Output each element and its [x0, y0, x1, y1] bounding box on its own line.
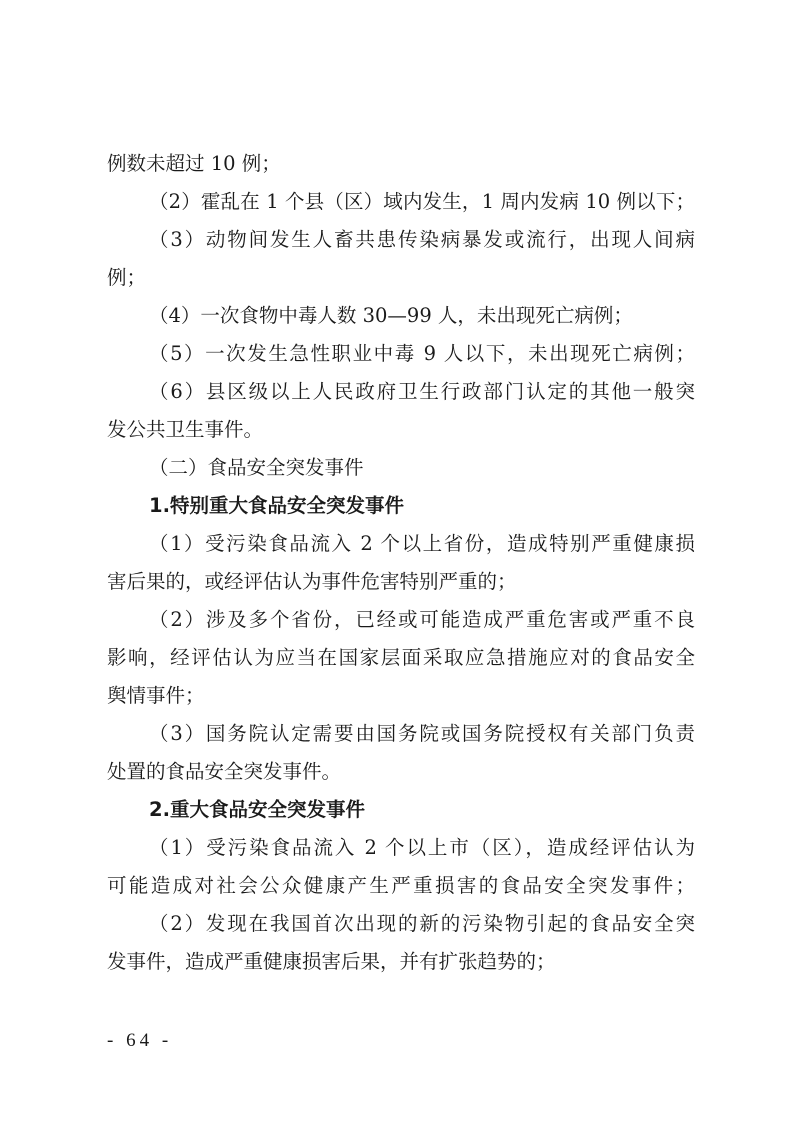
- text-line: 处置的食品安全突发事件。: [107, 753, 695, 791]
- text-line: （2）涉及多个省份，已经或可能造成严重危害或严重不良: [107, 601, 695, 639]
- text-line: （3）动物间发生人畜共患传染病暴发或流行，出现人间病: [107, 221, 695, 259]
- section-heading: （二）食品安全突发事件: [107, 449, 695, 487]
- text-line: （5）一次发生急性职业中毒 9 人以下，未出现死亡病例；: [107, 335, 695, 373]
- document-body: 例数未超过 10 例； （2）霍乱在 1 个县（区）域内发生，1 周内发病 10…: [107, 145, 695, 981]
- subsection-heading: 2.重大食品安全突发事件: [107, 791, 695, 829]
- text-line: 舆情事件；: [107, 677, 695, 715]
- text-line: 发公共卫生事件。: [107, 411, 695, 449]
- text-line: （2）霍乱在 1 个县（区）域内发生，1 周内发病 10 例以下；: [107, 183, 695, 221]
- text-line: （2）发现在我国首次出现的新的污染物引起的食品安全突: [107, 905, 695, 943]
- text-line: 发事件，造成严重健康损害后果，并有扩张趋势的；: [107, 943, 695, 981]
- text-line: 影响，经评估认为应当在国家层面采取应急措施应对的食品安全: [107, 639, 695, 677]
- subsection-heading: 1.特别重大食品安全突发事件: [107, 487, 695, 525]
- text-line: （4）一次食物中毒人数 30—99 人，未出现死亡病例；: [107, 297, 695, 335]
- text-line: 害后果的，或经评估认为事件危害特别严重的；: [107, 563, 695, 601]
- page-number: - 64 -: [107, 1030, 172, 1052]
- text-line: （6）县区级以上人民政府卫生行政部门认定的其他一般突: [107, 373, 695, 411]
- text-line: 例；: [107, 259, 695, 297]
- text-line: （3）国务院认定需要由国务院或国务院授权有关部门负责: [107, 715, 695, 753]
- text-line: 可能造成对社会公众健康产生严重损害的食品安全突发事件；: [107, 867, 695, 905]
- text-line: 例数未超过 10 例；: [107, 145, 695, 183]
- text-line: （1）受污染食品流入 2 个以上市（区），造成经评估认为: [107, 829, 695, 867]
- text-line: （1）受污染食品流入 2 个以上省份，造成特别严重健康损: [107, 525, 695, 563]
